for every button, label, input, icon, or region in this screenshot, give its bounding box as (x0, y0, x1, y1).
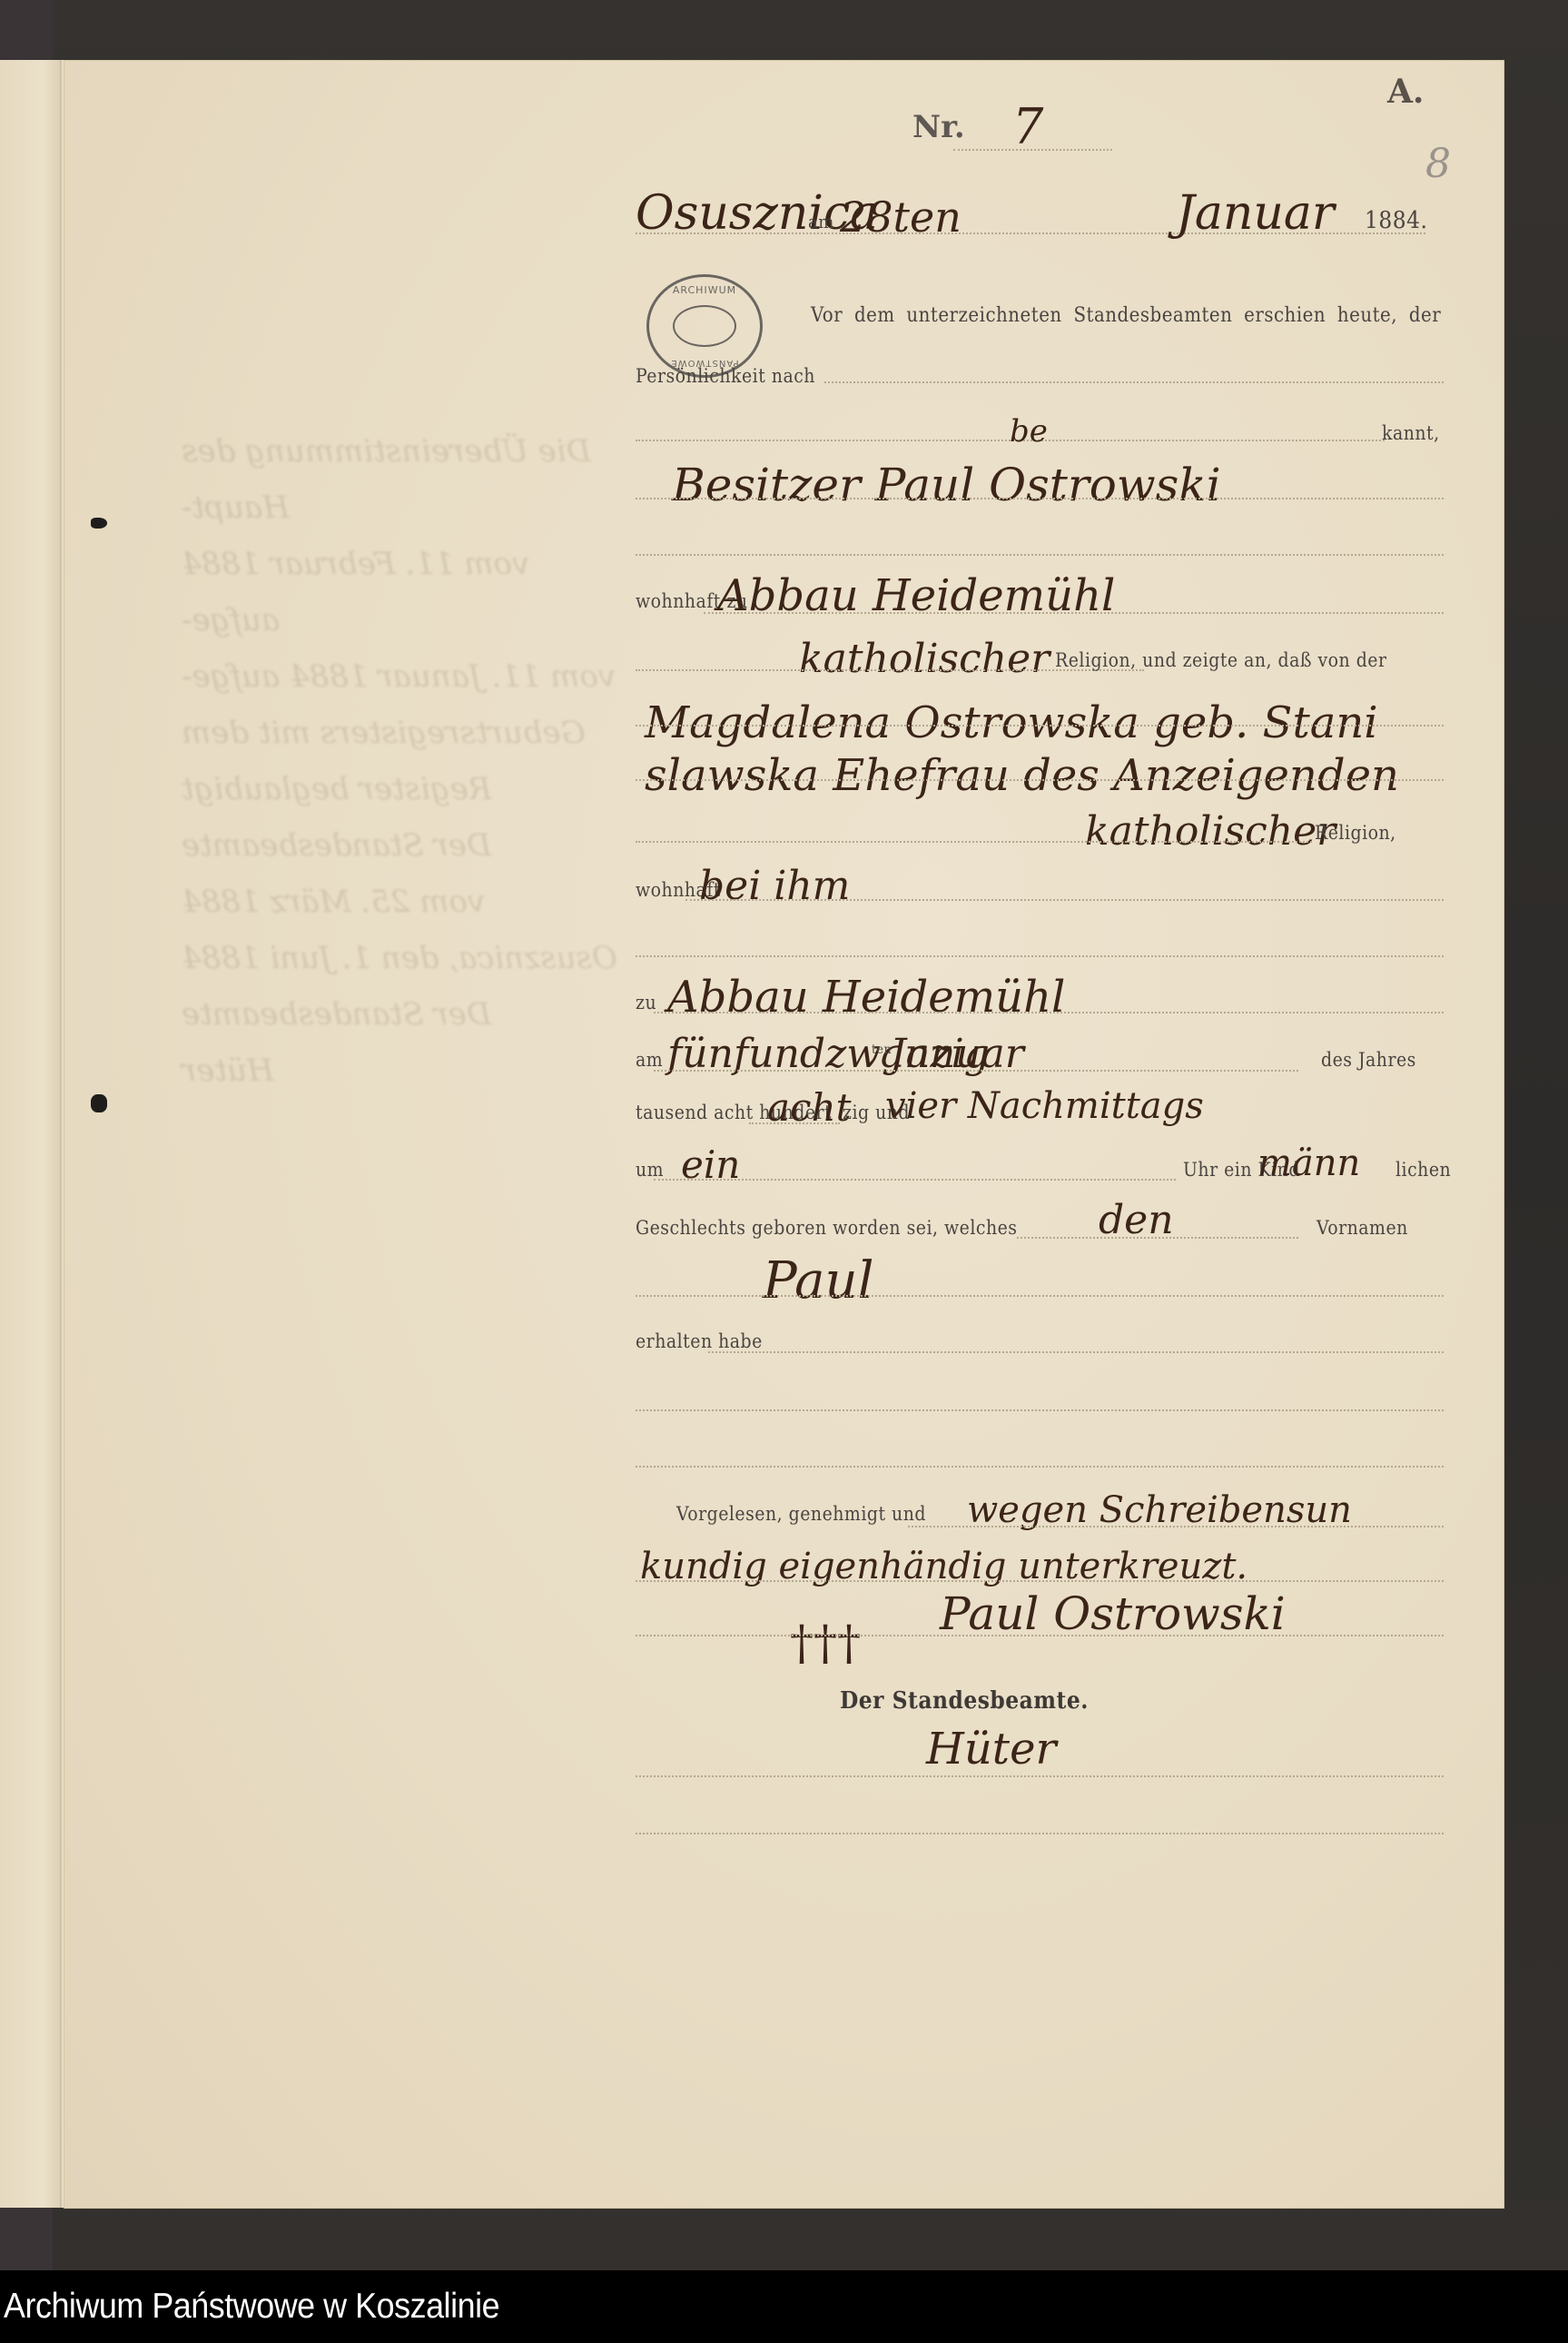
archive-stamp: ARCHIWUM PAŃSTWOWE (646, 274, 763, 378)
official-signature: Hüter (926, 1724, 1056, 1775)
ink-mark (91, 518, 107, 529)
verso-bleed-through: Die Übereinstimmung des Haupt- vom 11. F… (182, 423, 636, 1041)
lichen: lichen (1395, 1159, 1451, 1181)
stamp-top-text: ARCHIWUM (649, 284, 760, 296)
signature-line (636, 1635, 1444, 1636)
bekannt-print: kannt, (1382, 422, 1440, 444)
religion-text-2: Religion, (1315, 822, 1396, 844)
stamp-inner-oval (673, 305, 736, 347)
bleed-line: Register beglaubigt (182, 761, 636, 817)
bekannt-hand: be (1010, 413, 1048, 450)
wohnhaft-value: bei ihm (699, 863, 850, 909)
child-name-line (636, 1295, 1444, 1297)
closing-line-1 (908, 1526, 1444, 1527)
wohnhaft-line (685, 899, 1444, 901)
bleed-line: Die Übereinstimmung des Haupt- (182, 423, 636, 536)
persoenlichkeit-label: Persönlichkeit nach (636, 365, 815, 387)
date-year: 1884. (1365, 207, 1427, 234)
des-jahres: des Jahres (1321, 1049, 1416, 1071)
geschlechts-label: Geschlechts geboren worden sei, welches (636, 1217, 1018, 1239)
am-label: am (636, 1049, 663, 1071)
religion-mother: katholischer (1085, 808, 1336, 855)
decade-line (749, 1122, 840, 1124)
date-prefix: am (808, 211, 834, 232)
entry-number-label: Nr. (912, 109, 965, 145)
closing-line-2 (636, 1580, 1444, 1582)
religion-line-2 (636, 841, 1312, 843)
bleed-line: vom 11. Januar 1884 aufge- (182, 648, 636, 705)
signature-crosses: ††† (790, 1616, 861, 1671)
den-line (1017, 1237, 1298, 1239)
erhalten-habe: erhalten habe (636, 1330, 763, 1352)
bleed-line: vom 11. Februar 1884 aufge- (182, 536, 636, 648)
erhalten-line (708, 1351, 1444, 1353)
persoenlichkeit-line (824, 381, 1444, 383)
ink-mark (91, 1094, 107, 1112)
religion-text-1: Religion, und zeigte an, daß von der (1055, 649, 1387, 671)
hour-line (654, 1179, 1176, 1181)
vornamen-label: Vornamen (1317, 1217, 1408, 1239)
bleed-line: Der Standesbeamte (182, 817, 636, 874)
date-month: Januar (1176, 186, 1335, 241)
bleed-line: Der Standesbeamte (182, 986, 636, 1043)
informant-line (636, 498, 1444, 499)
mother-name-line-1: Magdalena Ostrowska geb. Stani (645, 697, 1378, 748)
archive-footer: Archiwum Państwowe w Koszalinie (0, 2270, 1568, 2343)
left-page-strip (0, 60, 62, 2208)
official-line (636, 1775, 1444, 1777)
blank-line (636, 1466, 1444, 1468)
intro-text: Vor dem unterzeichneten Standesbeamten e… (811, 304, 1441, 327)
blank-line (636, 1409, 1444, 1411)
blank-line (636, 1833, 1444, 1834)
zu-label: zu (636, 992, 656, 1013)
wohnhaft-zu-line (704, 612, 1444, 614)
blank-line (636, 554, 1444, 556)
date-day: 28ten (840, 193, 962, 242)
informant-name: Besitzer Paul Ostrowski (672, 459, 1221, 511)
mother-line-2 (636, 779, 1444, 781)
ten-suffix: ten (872, 1043, 892, 1057)
vorgelesen-text: Vorgelesen, genehmigt und (676, 1503, 926, 1525)
mother-line-1 (636, 725, 1444, 727)
standesbeamte-label: Der Standesbeamte. (840, 1687, 1089, 1715)
form-letter: A. (1387, 73, 1424, 111)
bleed-line: Hüter (182, 1043, 636, 1099)
entry-number: 7 (1012, 98, 1043, 155)
birth-date-line (654, 1070, 1298, 1072)
bleed-line: Geburtsregisters mit dem (182, 705, 636, 761)
child-name: Paul (763, 1251, 874, 1310)
zu-line (654, 1012, 1444, 1013)
year-unit-value: vier Nachmittags (885, 1085, 1204, 1127)
pencil-page-number: 8 (1425, 141, 1451, 187)
bleed-line: Osusznica, den 1. Juni 1884 (182, 930, 636, 986)
signature-name: Paul Ostrowski (940, 1587, 1286, 1640)
zu-value: Abbau Heidemühl (667, 972, 1065, 1023)
archive-name: Archiwum Państwowe w Koszalinie (4, 2287, 499, 2327)
sex-value: männ (1257, 1142, 1360, 1184)
mother-name-line-2: slawska Ehefrau des Anzeigenden (645, 750, 1399, 801)
um-label: um (636, 1159, 664, 1181)
religion-informant: katholischer (799, 636, 1050, 682)
blank-line (636, 955, 1444, 957)
bleed-line: vom 25. März 1884 (182, 874, 636, 930)
